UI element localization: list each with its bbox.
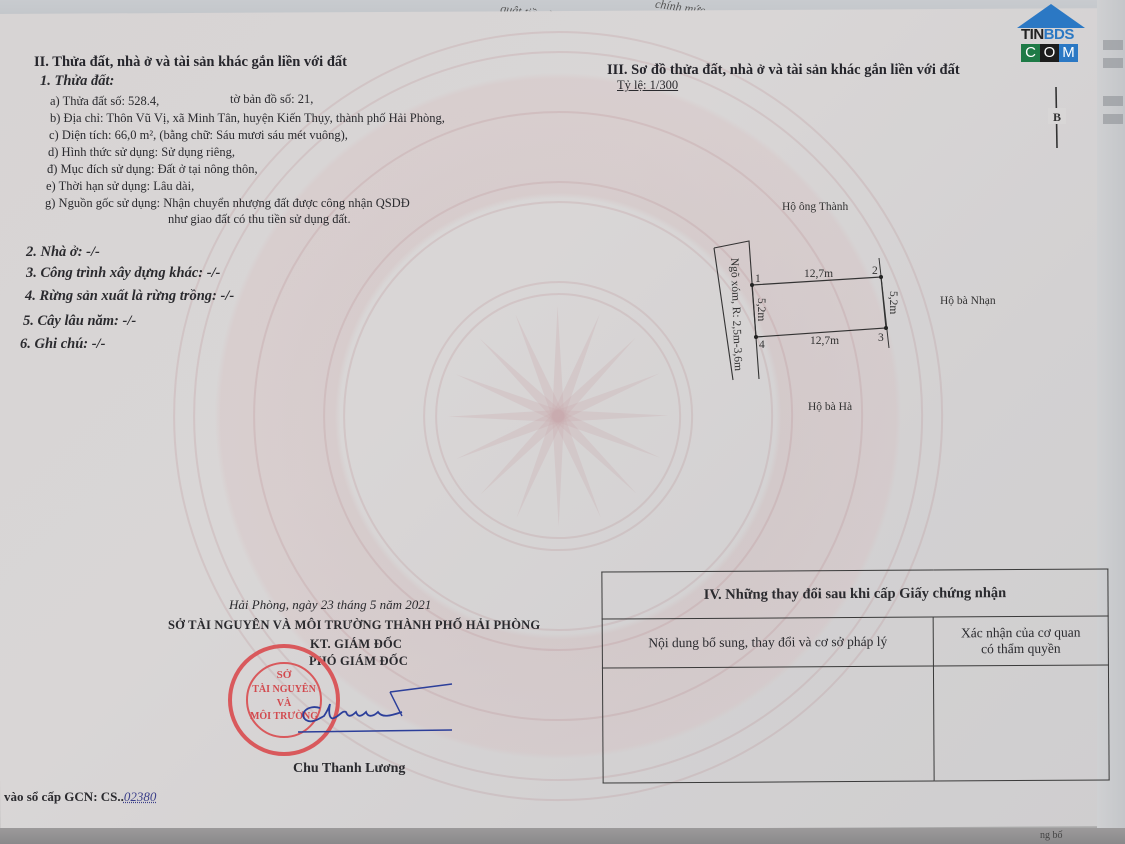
background-peek-text: ng bố — [1040, 830, 1063, 841]
usage-purpose: đ) Mục đích sử dụng: Đất ở tại nông thôn… — [47, 162, 258, 177]
map-scale: Tỷ lệ: 1/300 — [617, 78, 678, 93]
issue-date: Hải Phòng, ngày 23 tháng 5 năm 2021 — [229, 597, 431, 613]
column-header-content: Nội dung bổ sung, thay đổi và cơ sở pháp… — [602, 617, 933, 668]
notes-item: 6. Ghi chú: -/- — [20, 336, 105, 353]
bottom-background-strip: ng bố — [0, 828, 1125, 844]
road-label: Ngõ xóm, R: 2,5m-3,6m — [728, 258, 744, 371]
signer-name: Chu Thanh Lương — [293, 761, 405, 777]
edge-bottom-length: 12,7m — [810, 335, 839, 347]
parcel-number: a) Thửa đất số: 528.4, — [50, 94, 159, 109]
planted-forest-item: 4. Rừng sản xuất là rừng trồng: -/- — [25, 288, 234, 305]
handwritten-signature — [290, 680, 460, 750]
section-4-title: IV. Những thay đổi sau khi cấp Giấy chứn… — [602, 569, 1108, 619]
logo-text-top: TINBDS — [1021, 26, 1074, 43]
point-3: 3 — [878, 332, 884, 344]
registry-number: vào sổ cấp GCN: CS..02380 — [4, 789, 156, 805]
usage-term: e) Thời hạn sử dụng: Lâu dài, — [46, 179, 194, 194]
issuing-agency: SỞ TÀI NGUYÊN VÀ MÔI TRƯỜNG THÀNH PHỐ HẢ… — [168, 618, 540, 633]
signer-role-1: KT. GIÁM ĐỐC — [310, 637, 402, 652]
section-3-title: III. Sơ đồ thửa đất, nhà ở và tài sản kh… — [607, 62, 960, 79]
perennial-trees-item: 5. Cây lâu năm: -/- — [23, 313, 136, 330]
svg-text:B: B — [1053, 110, 1061, 124]
neighbor-south: Hộ bà Hà — [808, 401, 852, 413]
parcel-area: c) Diện tích: 66,0 m², (bằng chữ: Sáu mư… — [49, 128, 348, 143]
section-2-title: II. Thửa đất, nhà ở và tài sản khác gắn … — [34, 54, 347, 71]
usage-form: d) Hình thức sử dụng: Sử dụng riêng, — [48, 145, 235, 160]
changes-content-cell — [602, 666, 934, 783]
point-1: 1 — [755, 273, 761, 285]
registry-label: vào sổ cấp GCN: CS.. — [4, 789, 124, 804]
map-sheet-number: tờ bản đồ số: 21, — [230, 92, 313, 107]
edge-top-length: 12,7m — [804, 268, 833, 280]
house-item: 2. Nhà ở: -/- — [26, 244, 100, 261]
logo-text-bottom: C O M — [1021, 44, 1078, 62]
neighbor-north: Hộ ông Thành — [782, 201, 848, 213]
parcel-address: b) Địa chỉ: Thôn Vũ Vị, xã Minh Tân, huy… — [50, 111, 445, 126]
changes-table: IV. Những thay đổi sau khi cấp Giấy chứn… — [601, 568, 1109, 783]
neighbor-east: Hộ bà Nhạn — [940, 295, 996, 307]
changes-authority-cell — [933, 665, 1109, 781]
edge-left-length: 5,2m — [755, 298, 767, 321]
tinbds-logo: TINBDS C O M — [1013, 4, 1089, 64]
usage-origin: g) Nguồn gốc sử dụng: Nhận chuyển nhượng… — [45, 196, 410, 211]
point-4: 4 — [759, 339, 765, 351]
section-2-subtitle: 1. Thửa đất: — [40, 73, 114, 90]
house-roof-icon — [1017, 4, 1085, 28]
land-plot-diagram: B Ngõ xóm, R: 2,5m-3,6m 1 2 3 4 12,7m 12… — [700, 190, 1030, 420]
usage-origin-cont: như giao đất có thu tiền sử dụng đất. — [168, 212, 351, 227]
point-2: 2 — [872, 265, 878, 277]
column-header-authority: Xác nhận của cơ quancó thẩm quyền — [933, 616, 1108, 666]
other-construction-item: 3. Công trình xây dựng khác: -/- — [26, 265, 220, 282]
registry-handwritten-number: 02380 — [124, 789, 157, 804]
edge-right-length: 5,2m — [887, 291, 899, 314]
